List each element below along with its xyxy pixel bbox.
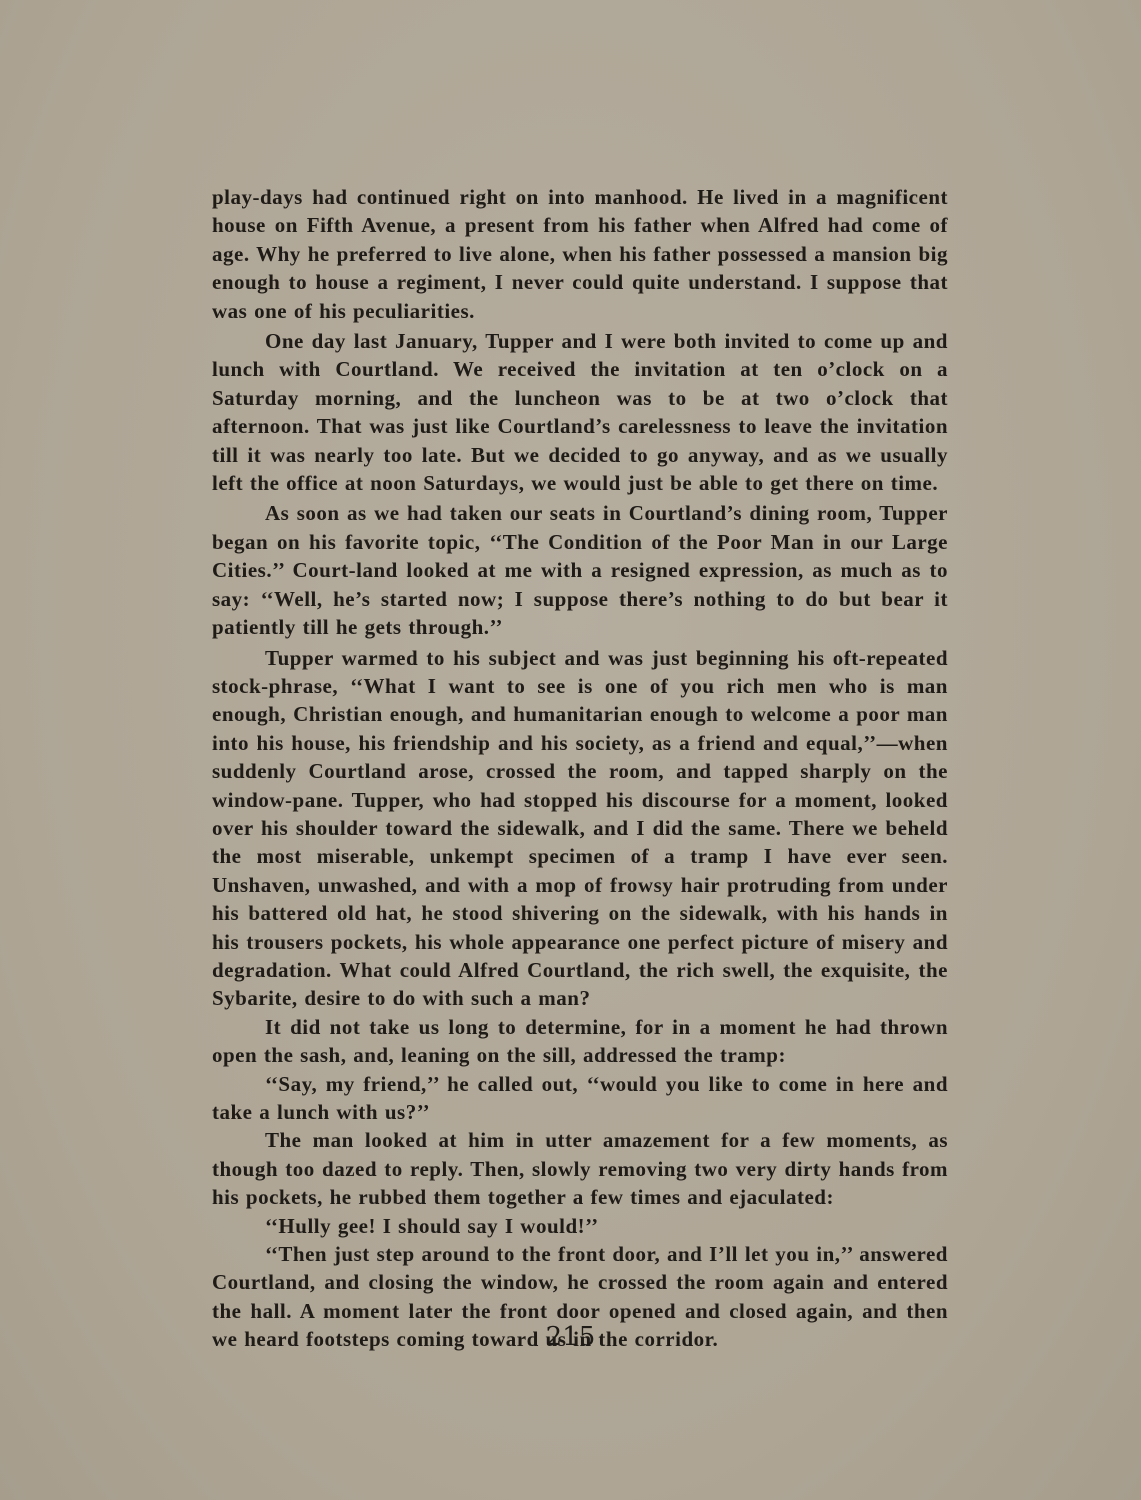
paragraph: Tupper warmed to his subject and was jus…: [212, 644, 948, 1013]
paragraph: The man looked at him in utter amazement…: [212, 1126, 948, 1211]
paragraph: ‘‘Say, my friend,’’ he called out, ‘‘wou…: [212, 1070, 948, 1127]
page-number: 215: [0, 1322, 1141, 1352]
paragraph: One day last January, Tupper and I were …: [212, 327, 948, 497]
paragraph: It did not take us long to determine, fo…: [212, 1013, 948, 1070]
paragraph: As soon as we had taken our seats in Cou…: [212, 499, 948, 641]
paragraph: play-days had continued right on into ma…: [212, 183, 948, 325]
paragraph: ‘‘Hully gee! I should say I would!’’: [212, 1212, 948, 1240]
page-body-text: play-days had continued right on into ma…: [212, 183, 948, 1354]
